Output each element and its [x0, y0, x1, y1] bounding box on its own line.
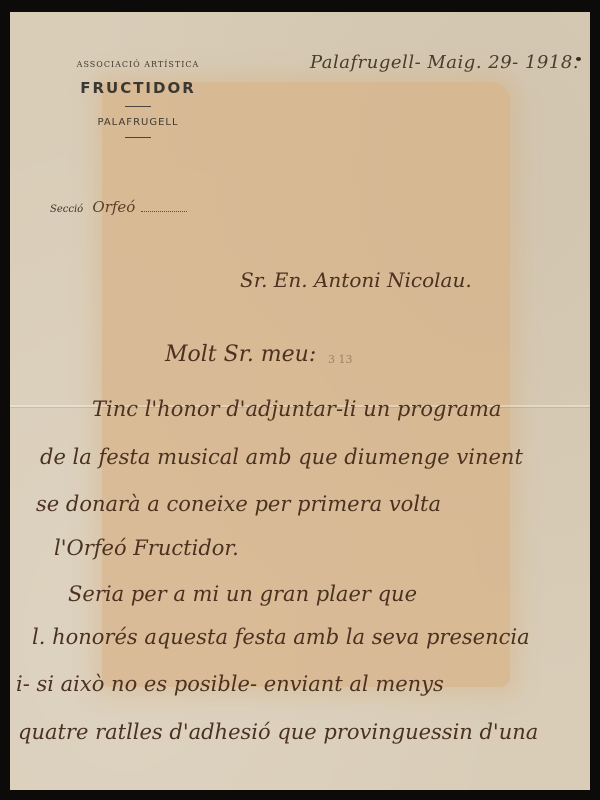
letterhead-association: ASSOCIACIÓ ARTÍSTICA [48, 60, 228, 69]
section-dotted-line [141, 211, 187, 212]
body-line: Seria per a mi un gran plaer que [68, 582, 417, 606]
letterhead-city: PALAFRUGELL [48, 117, 228, 128]
body-line: i- si això no es posible- enviant al men… [16, 672, 444, 696]
letterhead-divider [125, 106, 151, 107]
date-line: Palafrugell- Maig. 29- 1918. [310, 52, 579, 73]
addressee: Sr. En. Antoni Nicolau. [240, 268, 472, 292]
body-line: l'Orfeó Fructidor. [54, 536, 239, 560]
body-line: de la festa musical amb que diumenge vin… [40, 445, 523, 469]
letterhead: ASSOCIACIÓ ARTÍSTICA FRUCTIDOR PALAFRUGE… [48, 56, 228, 138]
salutation: Molt Sr. meu: [165, 342, 316, 367]
letterhead-section: Secció Orfeó [50, 198, 187, 216]
letterhead-name: FRUCTIDOR [48, 79, 228, 97]
body-line: se donarà a coneixe per primera volta [36, 492, 441, 516]
salutation-annotation: 3 13 [328, 353, 353, 366]
body-line: quatre ratlles d'adhesió que provinguess… [18, 720, 538, 744]
section-value: Orfeó [92, 198, 135, 216]
section-label: Secció [50, 204, 83, 215]
letterhead-divider [125, 137, 151, 138]
letter-sheet: ASSOCIACIÓ ARTÍSTICA FRUCTIDOR PALAFRUGE… [10, 12, 590, 790]
body-line: Tinc l'honor d'adjuntar-li un programa [92, 397, 501, 421]
body-line: l. honorés aquesta festa amb la seva pre… [32, 625, 530, 649]
